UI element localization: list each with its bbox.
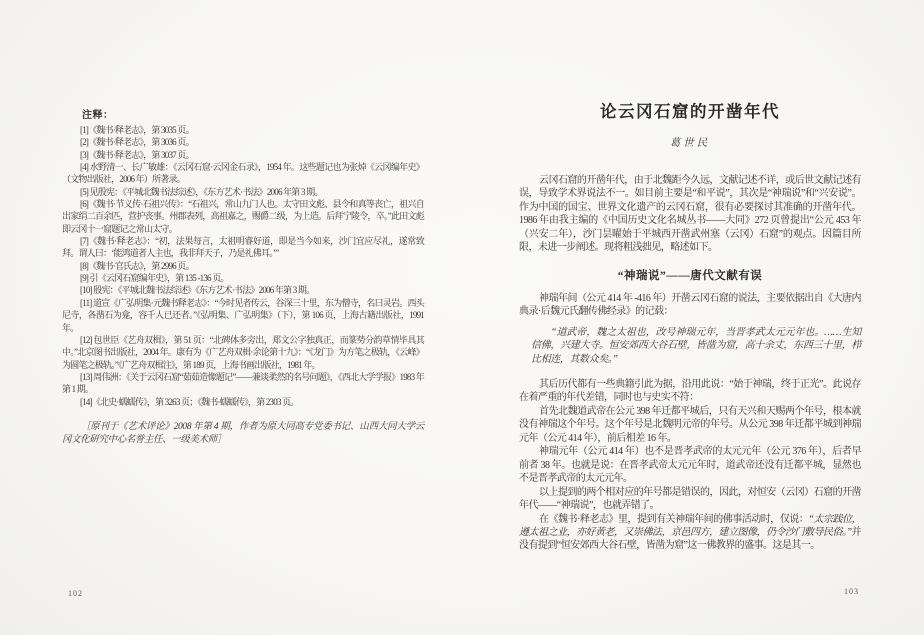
paragraph: 以上提到的两个相对应的年号都是错误的，因此，对恒安（云冈）石窟的开凿年代——“神… <box>519 486 861 513</box>
footnote-item: [10] 殷宪：《平城北魏书法综述》《东方艺术·书法》2006 年第 3 期。 <box>62 284 424 296</box>
footnote-item: [3]《魏书·释老志》，第 3037 页。 <box>62 149 424 161</box>
footnote-item: [13] 周伟洲：《关于云冈石窟“茹茹造像题记”——兼谈柔然的名号问题》，《西北… <box>62 371 424 396</box>
footnote-item: [14]《北史·蠕蠕传》，第 3263 页；《魏书·蠕蠕传》，第 2303 页。 <box>62 396 424 408</box>
footnote-item: [6]《魏书·节义传·石祖兴传》：“石祖兴，常山九门人也。太守田文彪、县令和真等… <box>62 198 424 235</box>
section-heading: “神瑞说”——唐代文献有误 <box>519 267 861 283</box>
footnote-item: [9] 引《云冈石窟编年史》，第 135 -136 页。 <box>62 272 424 284</box>
footnote-item: [4] 水野清一、长广敏雄：《云冈石窟·云冈金石录》，1954 年。这些题记也为… <box>62 161 424 186</box>
paragraph: 其后历代都有一些典籍引此为据，沿用此说：“始于神瑞，终于正光”。此说存在着严重的… <box>519 378 861 405</box>
page-number-left: 102 <box>68 589 83 598</box>
lead-paragraph: 神瑞年间（公元 414 年 -416 年）开凿云冈石窟的说法，主要依据出自《大唐… <box>519 292 861 319</box>
footnote-item: [8]《魏书·官氏志》，第 2996 页。 <box>62 260 424 272</box>
footnote-item: [5] 见殷宪：《平城北魏书法综述》，《东方艺术·书法》2006 年第 3 期。 <box>62 186 424 198</box>
article-author: 葛世民 <box>519 135 861 150</box>
footnote-item: [12] 包世臣《艺舟双楫》，第 51 页：“北碑体多旁出，郑文公字独真正，而篆… <box>62 334 424 371</box>
left-page: 注释： [1]《魏书·释老志》，第 3035 页。 [2]《魏书·释老志》，第 … <box>62 106 424 447</box>
intro-paragraph: 云冈石窟的开凿年代，由于北魏距今久远，文献记述不详，或后世文献记述有误，导致学术… <box>519 174 861 255</box>
source-attribution: ［原刊于《艺术评论》2008 年第 4 期，作者为原大同高专党委书记、山西大同大… <box>62 421 424 447</box>
block-quote: “道武帝，魏之太祖也，改号神瑞元年，当晋孝武太元元年也。……生知信佛，兴建大寺。… <box>531 326 861 366</box>
paragraph: 在《魏书·释老志》里，提到有关神瑞年间的佛事活动时，仅说：“太宗践位，遵太祖之业… <box>519 513 861 553</box>
footnote-item: [2]《魏书·释老志》，第 3036 页。 <box>62 136 424 148</box>
notes-heading: 注释： <box>62 106 424 121</box>
book-spread: 注释： [1]《魏书·释老志》，第 3035 页。 [2]《魏书·释老志》，第 … <box>0 0 924 635</box>
article-title: 论云冈石窟的开凿年代 <box>519 98 861 122</box>
paragraph: 神瑞元年（公元 414 年）也不是晋孝武帝的太元元年（公元 376 年），后者早… <box>519 445 861 485</box>
footnote-item: [1]《魏书·释老志》，第 3035 页。 <box>62 124 424 136</box>
page-number-right: 103 <box>844 587 859 596</box>
paragraph: 首先北魏道武帝在公元 398 年迁都平城后，只有天兴和天赐两个年号，根本就没有神… <box>519 405 861 445</box>
paragraph-text: 在《魏书·释老志》里，提到有关神瑞年间的佛事活动时，仅说： <box>539 514 808 525</box>
right-page: 论云冈石窟的开凿年代 葛世民 云冈石窟的开凿年代，由于北魏距今久远，文献记述不详… <box>519 98 861 553</box>
footnote-item: [7]《魏书·释老志》：“初，法果每言，太祖明睿好道，即是当今如来，沙门宜应尽礼… <box>62 235 424 260</box>
footnote-item: [11] 道宣《广弘明集·元魏书释老志》：“今时见者传云，谷深三十里，东为僧寺，… <box>62 297 424 334</box>
